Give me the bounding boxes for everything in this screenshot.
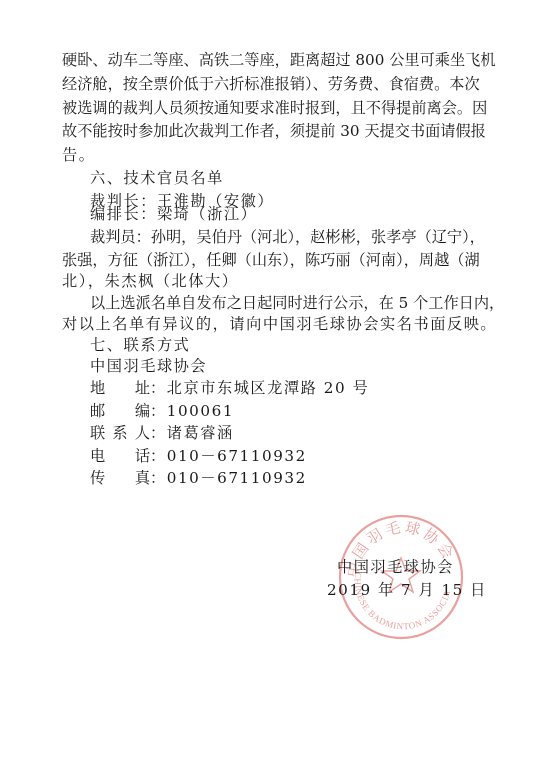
signature-organization: 中国羽毛球协会 xyxy=(337,557,454,577)
contact-label: 联系人 xyxy=(90,423,150,443)
notice-line: 以上选派名单自发布之日起同时进行公示，在 5 个工作日内， xyxy=(90,293,458,313)
notice-line: 对以上名单有异议的，请向中国羽毛球协会实名书面反映。 xyxy=(62,314,458,334)
signature-date: 2019 年 7 月 15 日 xyxy=(327,580,487,600)
contact-label: 电话 xyxy=(90,446,150,466)
section-heading-officials: 六、技术官员名单 xyxy=(90,168,458,188)
referees-line: 北），朱杰枫（北体大） xyxy=(62,271,458,291)
paragraph-line: 被选调的裁判人员须按通知要求准时报到，且不得提前离会。因 xyxy=(62,98,458,118)
paragraph-line: 经济舱，按全票价低于六折标准报销）、劳务费、食宿费。本次 xyxy=(62,74,458,94)
referees-line: 张强，方征（浙江），任卿（山东），陈巧丽（河南），周越（湖 xyxy=(62,250,458,270)
contact-row-person: 联系人：诸葛睿涵 xyxy=(90,423,458,443)
contact-row-address: 地址：北京市东城区龙潭路 20 号 xyxy=(90,378,458,398)
contact-row-postcode: 邮编：100061 xyxy=(90,401,458,421)
contact-label: 传真 xyxy=(90,468,150,488)
contact-row-phone: 电话：010－67110932 xyxy=(90,446,458,466)
paragraph-line: 硬卧、动车二等座、高铁二等座，距离超过 800 公里可乘坐飞机 xyxy=(62,50,458,70)
contact-value: 010－67110932 xyxy=(167,469,307,487)
contact-label: 邮编 xyxy=(90,401,150,421)
document-page: 硬卧、动车二等座、高铁二等座，距离超过 800 公里可乘坐飞机 经济舱，按全票价… xyxy=(0,0,550,777)
section-heading-contact: 七、联系方式 xyxy=(90,335,458,355)
paragraph-line: 告。 xyxy=(62,145,458,165)
referees-line: 裁判员：孙明，吴伯丹（河北），赵彬彬，张孝亭（辽宁）， xyxy=(90,227,458,247)
official-seal-stamp-icon: 中国羽毛球协会 CHINESE BADMINTON ASSOCIATION xyxy=(336,512,466,642)
scheduler-chief: 编排长：梁琦（浙江） xyxy=(90,204,458,224)
contact-value: 北京市东城区龙潭路 20 号 xyxy=(167,379,370,397)
contact-row-fax: 传真：010－67110932 xyxy=(90,468,458,488)
contact-value: 010－67110932 xyxy=(167,447,307,465)
contact-value: 诸葛睿涵 xyxy=(167,424,234,442)
contact-organization: 中国羽毛球协会 xyxy=(90,356,458,376)
paragraph-line: 故不能按时参加此次裁判工作者，须提前 30 天提交书面请假报 xyxy=(62,121,458,141)
contact-label: 地址 xyxy=(90,378,150,398)
contact-value: 100061 xyxy=(167,402,234,420)
